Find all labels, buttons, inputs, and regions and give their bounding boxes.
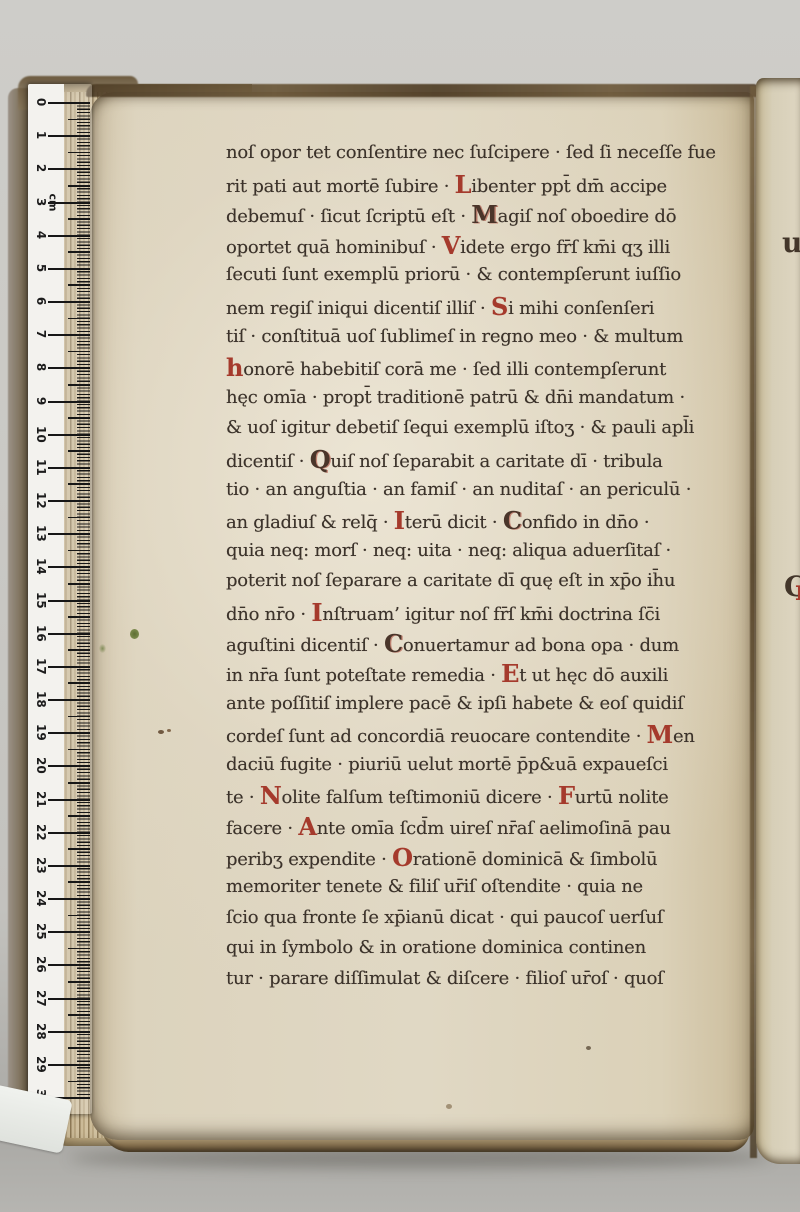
- ruler-number: 22: [33, 824, 49, 840]
- ruler-number: 16: [33, 625, 49, 641]
- text-run: en: [673, 726, 695, 747]
- ruler-number: 27: [33, 990, 49, 1006]
- ruler-number: 8: [33, 359, 49, 375]
- initial-letter: M: [471, 200, 497, 229]
- ruler-half-tick: [68, 682, 90, 684]
- initial-letter: E: [501, 659, 519, 688]
- manuscript-photo: uCı noſ opor tet conſentire nec ſuſciper…: [0, 0, 800, 1212]
- ruler-half-tick: [68, 616, 90, 618]
- manuscript-text: noſ opor tet conſentire nec ſuſcipere · …: [226, 138, 750, 995]
- manuscript-line: dicentiſ · Quiſ noſ ſeparabit a caritate…: [226, 444, 750, 475]
- ruler-half-tick: [68, 517, 90, 519]
- ruler-cm-tick: [48, 998, 90, 1000]
- manuscript-line: ſcio qua fronte ſe xp̄ianū dicat · qui p…: [226, 903, 750, 934]
- margin-stain: [99, 644, 106, 653]
- ruler-number: 9: [33, 393, 49, 409]
- ruler-cm-tick: [48, 467, 90, 469]
- manuscript-line: daciū fugite · piuriū uelut mortē p̄p&uā…: [226, 750, 750, 781]
- manuscript-line: dn̄o nr̄o · Inſtruam’ igitur noſ fr̄ſ km…: [226, 597, 750, 628]
- text-run: i mihi conſenſeri: [508, 298, 654, 319]
- ruler-number: 26: [33, 956, 49, 972]
- ruler-cm-tick: [48, 666, 90, 668]
- ruler-half-tick: [68, 782, 90, 784]
- ruler-cm-tick: [48, 135, 90, 137]
- ruler-number: 13: [33, 525, 49, 541]
- manuscript-line: & uoſ igitur debetiſ ſequi exemplū iſtoʒ…: [226, 413, 750, 444]
- text-run: t ut hęc dō auxili: [519, 665, 668, 686]
- text-run: onorē habebitiſ corā me · ſed illi conte…: [243, 359, 666, 380]
- ruler-half-tick: [68, 981, 90, 983]
- initial-letter: V: [442, 231, 460, 260]
- text-run: ibenter ppt̄ dm̄ accipe: [471, 176, 667, 197]
- text-run: ante poſſitiſ implere pacē & ipſi habete…: [226, 693, 684, 714]
- ruler-half-tick: [68, 550, 90, 552]
- ruler-number: 19: [33, 724, 49, 740]
- ruler-cm-tick: [48, 533, 90, 535]
- ruler-cm-tick: [48, 168, 90, 170]
- ruler-number: 5: [33, 260, 49, 276]
- manuscript-line: te · Nolite falſum teſtimoniū dicere · F…: [226, 780, 750, 811]
- manuscript-line: hęc omīa · propt̄ traditionē patrū & dn̄…: [226, 383, 750, 414]
- ruler-number: 25: [33, 923, 49, 939]
- manuscript-line: noſ opor tet conſentire nec ſuſcipere · …: [226, 138, 750, 169]
- ruler-cm-tick: [48, 434, 90, 436]
- ruler-number: 24: [33, 890, 49, 906]
- manuscript-line: tio · an anguſtia · an famiſ · an nudita…: [226, 475, 750, 506]
- text-run: quia neq: morſ · neq: uita · neq: aliqua…: [226, 540, 671, 561]
- ruler-half-tick: [68, 1081, 90, 1083]
- text-run: oportet quā hominibuſ ·: [226, 237, 442, 258]
- text-run: nte omīa ſcd̄m uireſ nr̄aſ aelimoſinā pa…: [317, 818, 671, 839]
- margin-stain: [167, 729, 171, 732]
- initial-letter: F: [558, 781, 575, 810]
- text-run: onuertamur ad bona opa · dum: [403, 635, 679, 656]
- ruler-half-tick: [68, 284, 90, 286]
- ruler-half-tick: [68, 119, 90, 121]
- manuscript-line: in nr̄a ſunt poteſtate remedia · Et ut h…: [226, 658, 750, 689]
- ruler-cm-tick: [48, 799, 90, 801]
- ruler-half-tick: [68, 815, 90, 817]
- ruler-cm-tick: [48, 964, 90, 966]
- ruler: 0123456789101112131415161718192021222324…: [28, 84, 92, 1114]
- manuscript-line: tur · parare diſſimulat & diſcere · fili…: [226, 964, 750, 995]
- ruler-number: 6: [33, 293, 49, 309]
- ruler-cm-tick: [48, 765, 90, 767]
- text-run: tio · an anguſtia · an famiſ · an nudita…: [226, 479, 691, 500]
- ruler-cm-tick: [48, 898, 90, 900]
- initial-letter: I: [311, 598, 322, 627]
- manuscript-line: aguſtini dicentiſ · Conuertamur ad bona …: [226, 628, 750, 659]
- margin-stain: [158, 730, 164, 734]
- text-run: an gladiuſ & relq̄ ·: [226, 512, 394, 533]
- initial-letter: h: [226, 353, 243, 382]
- ruler-half-tick: [68, 218, 90, 220]
- initial-letter: A: [298, 812, 316, 841]
- ruler-half-tick: [68, 152, 90, 154]
- text-run: cordeſ ſunt ad concordiā reuocare conten…: [226, 726, 647, 747]
- text-run: nem regiſ iniqui dicentiſ illiſ ·: [226, 298, 491, 319]
- margin-stain: [130, 629, 139, 639]
- ruler-cm-tick: [48, 500, 90, 502]
- ruler-number: 2: [33, 160, 49, 176]
- initial-letter: Q: [310, 445, 331, 474]
- text-run: ſcio qua fronte ſe xp̄ianū dicat · qui p…: [226, 907, 663, 928]
- manuscript-line: cordeſ ſunt ad concordiā reuocare conten…: [226, 719, 750, 750]
- ruler-cm-tick: [48, 732, 90, 734]
- initial-letter: S: [491, 292, 508, 321]
- text-run: ſecuti ſunt exemplū priorū · & contempſe…: [226, 264, 681, 285]
- ruler-cm-tick: [48, 235, 90, 237]
- initial-letter: C: [503, 506, 522, 535]
- manuscript-line: ſecuti ſunt exemplū priorū · & contempſe…: [226, 260, 750, 291]
- ruler-half-tick: [68, 450, 90, 452]
- ruler-cm-tick: [48, 102, 90, 104]
- text-run: rit pati aut mortē ſubire ·: [226, 176, 455, 197]
- initial-letter: L: [455, 170, 472, 199]
- manuscript-line: honorē habebitiſ corā me · ſed illi cont…: [226, 352, 750, 383]
- book-cast-shadow: [70, 1148, 770, 1168]
- text-run: poterit noſ ſeparare a caritate dī quę e…: [226, 570, 675, 591]
- manuscript-line: facere · Ante omīa ſcd̄m uireſ nr̄aſ ael…: [226, 811, 750, 842]
- ruler-half-tick: [68, 417, 90, 419]
- ruler-half-tick: [68, 716, 90, 718]
- text-run: rationē dominicā & ſimbolū: [413, 849, 658, 870]
- ruler-number: 12: [33, 492, 49, 508]
- ruler-cm-tick: [48, 367, 90, 369]
- ruler-cm-tick: [48, 268, 90, 270]
- ruler-number: 20: [33, 757, 49, 773]
- text-run: tur · parare diſſimulat & diſcere · fili…: [226, 968, 664, 989]
- manuscript-line: ante poſſitiſ implere pacē & ipſi habete…: [226, 689, 750, 720]
- ruler-cm-tick: [48, 334, 90, 336]
- ruler-number: 17: [33, 658, 49, 674]
- text-run: terū dicit ·: [405, 512, 503, 533]
- ruler-cm-tick: [48, 633, 90, 635]
- manuscript-line: peribʒ expendite · Orationē dominicā & ſ…: [226, 842, 750, 873]
- text-run: tiſ · conſtituā uoſ ſublimeſ in regno me…: [226, 326, 683, 347]
- ruler-number: 4: [33, 227, 49, 243]
- text-run: agiſ noſ oboedire dō: [498, 206, 677, 227]
- facing-page-letter-fragment: u: [782, 226, 800, 259]
- ruler-number: 18: [33, 691, 49, 707]
- manuscript-line: memoriter tenete & filiſ ur̄iſ oſtendite…: [226, 872, 750, 903]
- ruler-number: 1: [33, 127, 49, 143]
- manuscript-line: an gladiuſ & relq̄ · Iterū dicit · Confi…: [226, 505, 750, 536]
- text-run: daciū fugite · piuriū uelut mortē p̄p&uā…: [226, 754, 668, 775]
- initial-letter: M: [647, 720, 673, 749]
- text-run: dicentiſ ·: [226, 451, 310, 472]
- ruler-number: 11: [33, 459, 49, 475]
- manuscript-line: oportet quā hominibuſ · Videte ergo fr̄ſ…: [226, 230, 750, 261]
- ruler-cm-tick: [48, 699, 90, 701]
- initial-letter: I: [394, 506, 405, 535]
- manuscript-line: tiſ · conſtituā uoſ ſublimeſ in regno me…: [226, 322, 750, 353]
- text-run: onfido in dn̄o ·: [522, 512, 650, 533]
- manuscript-line: nem regiſ iniqui dicentiſ illiſ · Si mih…: [226, 291, 750, 322]
- text-run: dn̄o nr̄o ·: [226, 604, 311, 625]
- page-stain: [586, 1046, 591, 1050]
- ruler-number: 29: [33, 1056, 49, 1072]
- text-run: facere ·: [226, 818, 298, 839]
- ruler-half-tick: [68, 881, 90, 883]
- text-run: te ·: [226, 787, 260, 808]
- ruler-cm-tick: [48, 301, 90, 303]
- ruler-number: 14: [33, 558, 49, 574]
- manuscript-line: rit pati aut mortē ſubire · Libenter ppt…: [226, 169, 750, 200]
- initial-letter: N: [260, 781, 282, 810]
- ruler-cm-tick: [48, 931, 90, 933]
- ruler-half-tick: [68, 948, 90, 950]
- manuscript-line: quia neq: morſ · neq: uita · neq: aliqua…: [226, 536, 750, 567]
- initial-letter: C: [384, 629, 403, 658]
- ruler-half-tick: [68, 848, 90, 850]
- ruler-cm-tick: [48, 832, 90, 834]
- ruler-half-tick: [68, 583, 90, 585]
- ruler-cm-tick: [48, 401, 90, 403]
- manuscript-line: debemuſ · ſicut ſcriptū eſt · Magiſ noſ …: [226, 199, 750, 230]
- text-run: qui in ſymbolo & in oratione dominica co…: [226, 937, 646, 958]
- text-run: olite falſum teſtimoniū dicere ·: [282, 787, 558, 808]
- ruler-half-tick: [68, 351, 90, 353]
- page-stain: [446, 1104, 452, 1109]
- ruler-number: 7: [33, 326, 49, 342]
- manuscript-line: poterit noſ ſeparare a caritate dī quę e…: [226, 566, 750, 597]
- ruler-half-tick: [68, 384, 90, 386]
- text-run: peribʒ expendite ·: [226, 849, 392, 870]
- ruler-half-tick: [68, 749, 90, 751]
- ruler-number: 21: [33, 791, 49, 807]
- text-run: idete ergo fr̄ſ km̄i qʒ illi: [460, 237, 670, 258]
- ruler-number: 0: [33, 94, 49, 110]
- text-run: & uoſ igitur debetiſ ſequi exemplū iſtoʒ…: [226, 417, 694, 438]
- ruler-half-tick: [68, 251, 90, 253]
- facing-page-letter-fragment: ı: [795, 574, 800, 607]
- text-run: memoriter tenete & filiſ ur̄iſ oſtendite…: [226, 876, 643, 897]
- manuscript-line: qui in ſymbolo & in oratione dominica co…: [226, 933, 750, 964]
- text-run: in nr̄a ſunt poteſtate remedia ·: [226, 665, 501, 686]
- text-run: nſtruam’ igitur noſ fr̄ſ km̄i doctrina ſ…: [322, 604, 660, 625]
- ruler-unit-label: cm: [46, 194, 59, 212]
- ruler-cm-tick: [48, 865, 90, 867]
- ruler-number: 23: [33, 857, 49, 873]
- ruler-half-tick: [68, 185, 90, 187]
- ruler-half-tick: [68, 1014, 90, 1016]
- initial-letter: O: [392, 843, 413, 872]
- ruler-number: 28: [33, 1023, 49, 1039]
- ruler-half-tick: [68, 1047, 90, 1049]
- ruler-half-tick: [68, 915, 90, 917]
- ruler-number: 15: [33, 592, 49, 608]
- ruler-cm-tick: [48, 566, 90, 568]
- text-run: aguſtini dicentiſ ·: [226, 635, 384, 656]
- ruler-number: 10: [33, 426, 49, 442]
- text-run: hęc omīa · propt̄ traditionē patrū & dn̄…: [226, 387, 685, 408]
- text-run: noſ opor tet conſentire nec ſuſcipere · …: [226, 142, 716, 163]
- text-run: debemuſ · ſicut ſcriptū eſt ·: [226, 206, 471, 227]
- ruler-half-tick: [68, 483, 90, 485]
- ruler-cm-tick: [48, 600, 90, 602]
- text-run: urtū nolite: [575, 787, 669, 808]
- ruler-cm-tick: [48, 1031, 90, 1033]
- ruler-half-tick: [68, 318, 90, 320]
- text-run: uiſ noſ ſeparabit a caritate dī · tribul…: [330, 451, 662, 472]
- ruler-half-tick: [68, 649, 90, 651]
- page-top-dark-edge: [86, 84, 758, 97]
- ruler-cm-tick: [48, 1064, 90, 1066]
